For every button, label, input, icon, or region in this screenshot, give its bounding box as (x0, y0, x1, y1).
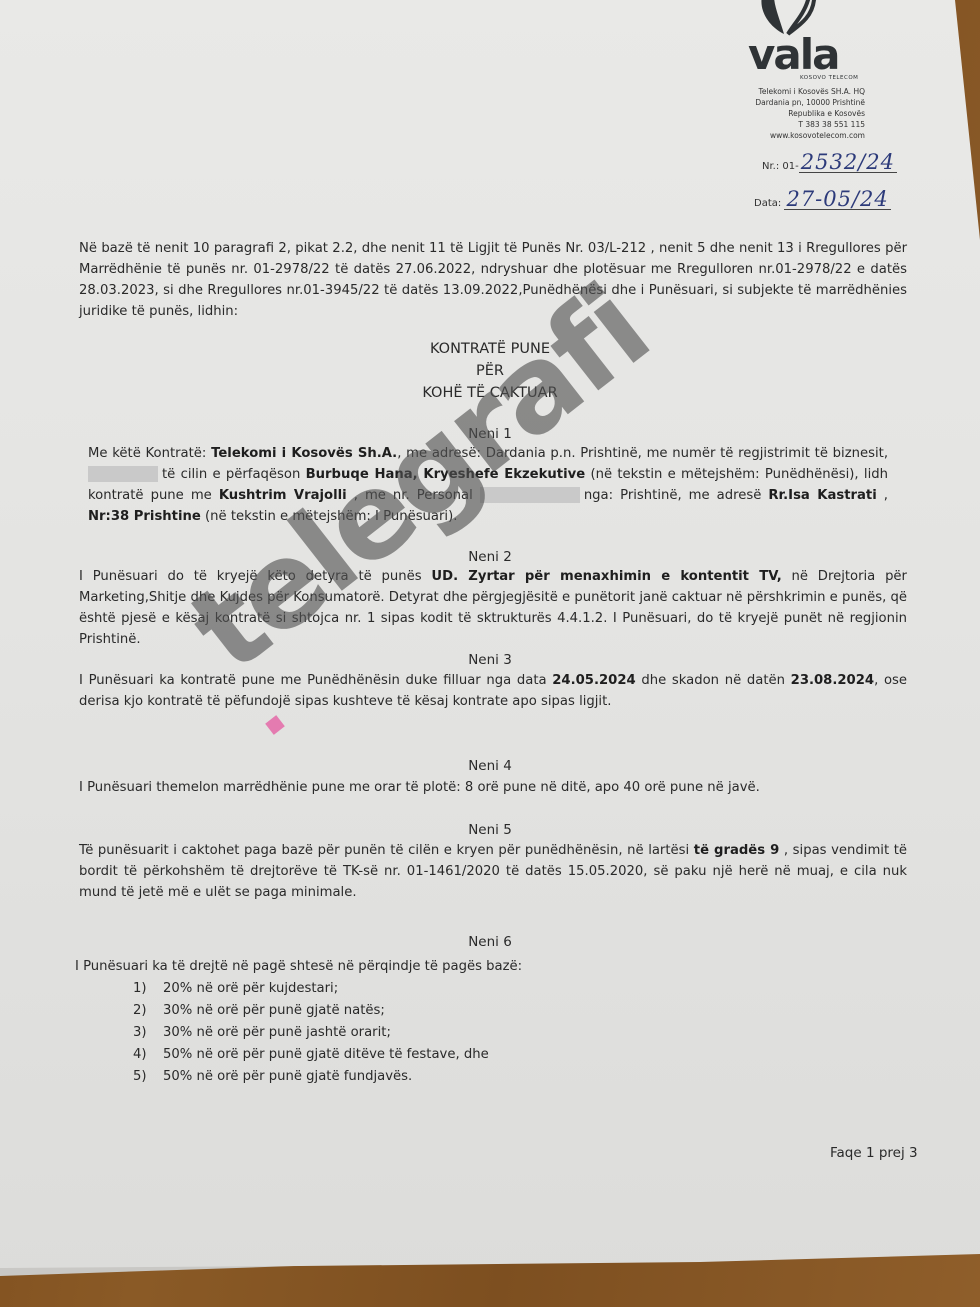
article-5-heading: Neni 5 (0, 822, 980, 838)
article-4-heading: Neni 4 (0, 758, 980, 774)
preamble: Në bazë të nenit 10 paragrafi 2, pikat 2… (79, 238, 907, 322)
logo-wordmark: vala (748, 34, 838, 76)
contract-page: vala KOSOVO TELECOM Telekomi i Kosovës S… (0, 0, 980, 1307)
article-4-text: I Punësuari themelon marrëdhënie pune me… (79, 777, 907, 798)
article-1-heading: Neni 1 (0, 426, 980, 442)
handwritten-date: 27-05/24 (784, 189, 890, 210)
redacted-personal-number (480, 487, 580, 503)
reference-number: Nr.: 01-2532/24 (762, 152, 897, 173)
article-2-heading: Neni 2 (0, 549, 980, 565)
watermark-dot (265, 715, 285, 735)
reference-date: Data: 27-05/24 (754, 189, 891, 210)
logo-subtitle: KOSOVO TELECOM (800, 75, 858, 81)
list-item: 3)30% në orë për punë jashtë orarit; (133, 1022, 489, 1044)
company-address: Telekomi i Kosovës SH.A. HQ Dardania pn,… (755, 86, 865, 141)
contract-title: KONTRATË PUNE PËR KOHË TË CAKTUAR (0, 338, 980, 404)
list-item: 5)50% në orë për punë gjatë fundjavës. (133, 1066, 489, 1088)
article-3-heading: Neni 3 (0, 652, 980, 668)
list-item: 2)30% në orë për punë gjatë natës; (133, 1000, 489, 1022)
redacted-business-number (88, 466, 158, 482)
article-5-text: Të punësuarit i caktohet paga bazë për p… (79, 840, 907, 903)
article-6-heading: Neni 6 (0, 934, 980, 950)
article-6-text: I Punësuari ka të drejtë në pagë shtesë … (75, 956, 903, 977)
vala-logo: vala KOSOVO TELECOM (748, 0, 863, 85)
list-item: 4)50% në orë për punë gjatë ditëve të fe… (133, 1044, 489, 1066)
handwritten-number: 2532/24 (799, 152, 897, 173)
article-2-text: I Punësuari do të kryejë këto detyra të … (79, 566, 907, 650)
article-3-text: I Punësuari ka kontratë pune me Punëdhën… (79, 670, 907, 712)
article-1-text: Me këtë Kontratë: Telekomi i Kosovës Sh.… (88, 443, 888, 527)
page-number: Faqe 1 prej 3 (830, 1145, 918, 1161)
allowance-list: 1)20% në orë për kujdestari; 2)30% në or… (133, 978, 489, 1088)
list-item: 1)20% në orë për kujdestari; (133, 978, 489, 1000)
